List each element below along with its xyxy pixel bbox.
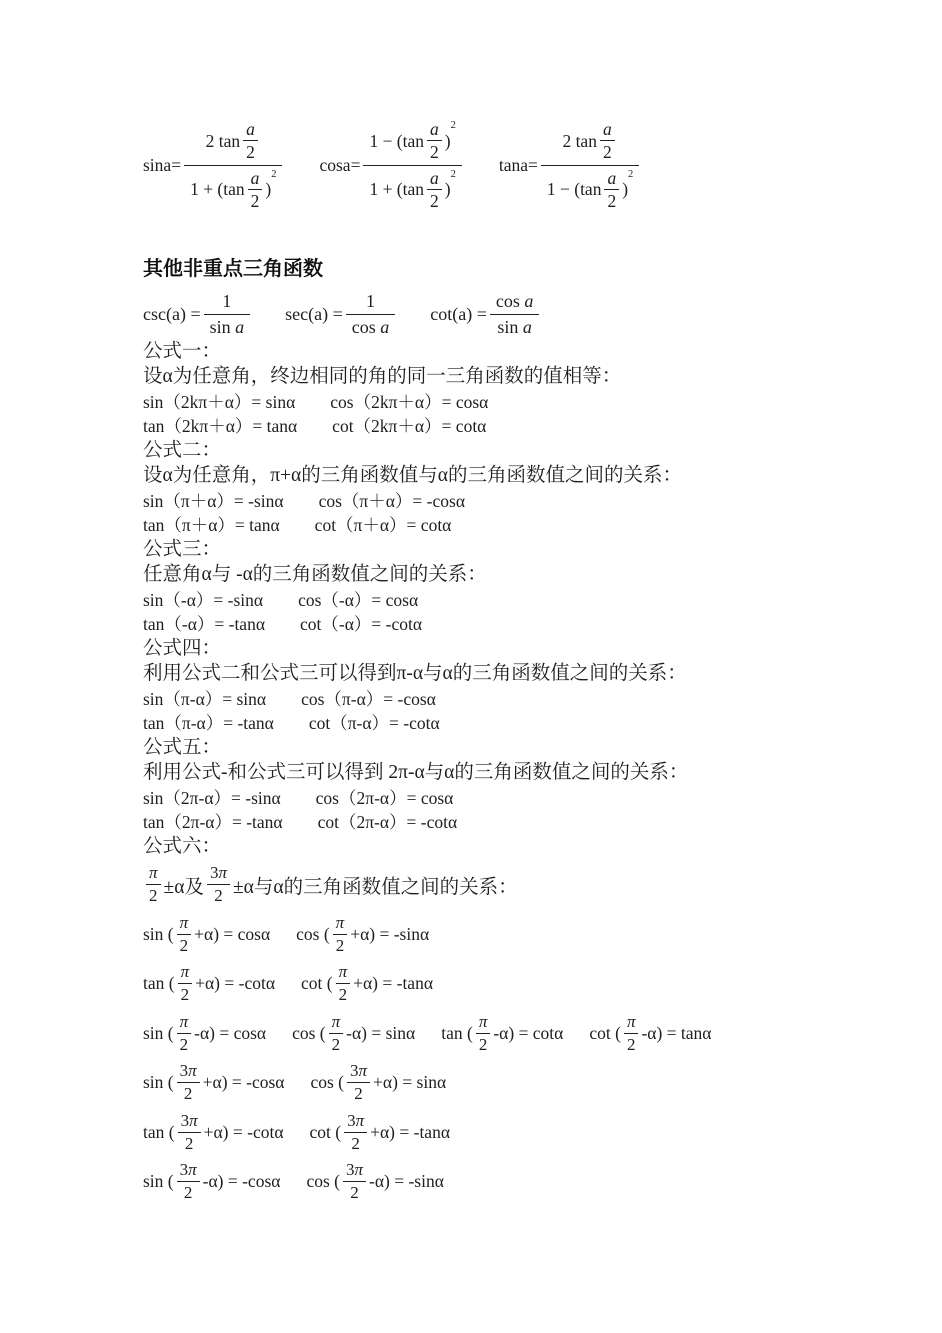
fraction: 1sin a xyxy=(204,290,251,338)
fraction: 3π2 xyxy=(347,1061,370,1103)
italic-variable: π xyxy=(627,1012,636,1032)
italic-variable: π xyxy=(354,1160,363,1180)
math-text: 2 xyxy=(430,191,439,211)
fraction-numerator: 3π xyxy=(177,1061,200,1081)
half-angle-formula-row: sina=2 tana21 + (tana2)2cosa=1 − (tana2)… xyxy=(143,112,863,218)
formula-line: sin (3π2+α) = -cosαcos (3π2+α) = sinα xyxy=(143,1058,863,1108)
italic-variable: π xyxy=(188,1061,197,1081)
italic-variable: π xyxy=(149,863,158,883)
formula-label: csc(a) = xyxy=(143,304,201,325)
fraction-numerator: π xyxy=(177,913,192,933)
fraction-bar xyxy=(207,884,230,885)
math-text: cos xyxy=(352,317,381,338)
fraction-denominator: 2 xyxy=(248,191,263,211)
fraction: π2 xyxy=(177,1012,192,1054)
fraction: 1cos a xyxy=(346,290,396,338)
math-text: 2 xyxy=(430,142,439,162)
math-text: cos ( xyxy=(292,1023,326,1044)
math-text: +α) = -cotα xyxy=(204,1122,284,1143)
fraction-bar xyxy=(177,934,192,935)
fraction-numerator: 3π xyxy=(177,1160,200,1180)
fraction-denominator: 2 xyxy=(476,1035,491,1055)
italic-variable: a xyxy=(430,119,439,139)
fraction: π2 xyxy=(333,913,348,955)
math-text: ) xyxy=(265,179,271,199)
formula-line: tan（2kπ＋α）= tanα cot（2kπ＋α）= cotα xyxy=(143,414,863,439)
math-formula: sina=2 tana21 + (tana2)2 xyxy=(143,118,285,212)
formula-line: sin (π2+α) = cosαcos (π2+α) = -sinα xyxy=(143,909,863,959)
fraction-numerator: 1 xyxy=(216,290,237,313)
fraction-bar xyxy=(178,1132,201,1133)
math-text: cos xyxy=(496,291,525,312)
fraction-denominator: 2 xyxy=(181,1084,196,1104)
italic-variable: π xyxy=(339,962,348,982)
fraction: cos asin a xyxy=(490,290,540,338)
formula-section-desc: 利用公式-和公式三可以得到 2π-α与α的三角函数值之间的关系： xyxy=(143,761,863,786)
fraction: a2 xyxy=(604,168,619,211)
fraction: 2 tana21 − (tana2)2 xyxy=(541,118,639,212)
fraction-bar xyxy=(343,1181,366,1182)
fraction: π2 xyxy=(624,1012,639,1054)
math-text: tan ( xyxy=(441,1023,473,1044)
italic-variable: π xyxy=(180,1012,189,1032)
fraction-numerator: cos a xyxy=(490,290,540,313)
math-text: ) xyxy=(445,179,451,199)
math-text: 2 xyxy=(627,1035,636,1055)
formula-line: sin（π-α）= sinα cos（π-α）= -cosα xyxy=(143,687,863,712)
italic-variable: π xyxy=(336,913,345,933)
formula-section-desc: 利用公式二和公式三可以得到π-α与α的三角函数值之间的关系： xyxy=(143,662,863,687)
italic-variable: a xyxy=(524,291,533,312)
fraction-numerator: π xyxy=(336,962,351,982)
math-text: -α) = cotα xyxy=(493,1023,563,1044)
fraction-denominator: 2 xyxy=(211,886,226,906)
math-text: 2 xyxy=(351,1134,360,1154)
formula-line: sin（π＋α）= -sinα cos（π＋α）= -cosα xyxy=(143,489,863,514)
fraction: π2 xyxy=(146,863,161,905)
formula-label: cosa= xyxy=(319,155,360,176)
formula-section-desc: 设α为任意角，π+α的三角函数值与α的三角函数值之间的关系： xyxy=(143,464,863,489)
fraction-bar xyxy=(427,140,442,141)
math-text: -α) = -sinα xyxy=(369,1171,444,1192)
fraction-numerator: 3π xyxy=(343,1160,366,1180)
fraction: π2 xyxy=(178,962,193,1004)
math-text: 3 xyxy=(346,1160,355,1180)
fraction-numerator: a xyxy=(427,168,442,188)
math-text: sin ( xyxy=(143,1072,174,1093)
fraction-numerator: a xyxy=(604,168,619,188)
math-text: 2 xyxy=(185,1134,194,1154)
fraction-numerator: 3π xyxy=(344,1111,367,1131)
fraction-denominator: sin a xyxy=(204,316,251,339)
fraction-denominator: cos a xyxy=(346,316,396,339)
fraction-denominator: 2 xyxy=(329,1035,344,1055)
formula-label: sec(a) = xyxy=(285,304,343,325)
superscript: 2 xyxy=(451,169,456,181)
italic-variable: a xyxy=(246,119,255,139)
formula-section-title: 公式二： xyxy=(143,439,863,464)
fraction-bar xyxy=(333,934,348,935)
fraction-denominator: 2 xyxy=(600,142,615,162)
fraction-denominator: 2 xyxy=(178,985,193,1005)
fraction-bar xyxy=(177,1181,200,1182)
math-text: 2 xyxy=(336,936,345,956)
math-text: 3 xyxy=(347,1111,356,1131)
fraction-bar xyxy=(624,1033,639,1034)
math-text: +α) = -cosα xyxy=(203,1072,285,1093)
fraction: π2 xyxy=(476,1012,491,1054)
math-text: +α) = -tanα xyxy=(370,1122,450,1143)
math-text: cot ( xyxy=(301,973,333,994)
fraction-denominator: 2 xyxy=(427,142,442,162)
reciprocal-formula-row: csc(a) =1sin asec(a) =1cos acot(a) =cos … xyxy=(143,288,863,340)
formula-line: tan（-α）= -tanα cot（-α）= -cotα xyxy=(143,612,863,637)
fraction-denominator: 2 xyxy=(336,985,351,1005)
math-text: cot ( xyxy=(589,1023,621,1044)
fraction-bar xyxy=(177,1033,192,1034)
fraction-denominator: 2 xyxy=(604,191,619,211)
document-page: sina=2 tana21 + (tana2)2cosa=1 − (tana2)… xyxy=(0,0,942,1333)
fraction-numerator: π xyxy=(476,1012,491,1032)
document-content: sina=2 tana21 + (tana2)2cosa=1 − (tana2)… xyxy=(143,112,863,1206)
superscript: 2 xyxy=(451,120,456,132)
math-text: sin ( xyxy=(143,1023,174,1044)
section-heading: 其他非重点三角函数 xyxy=(143,257,863,282)
math-text: 1 + (tan xyxy=(190,179,245,199)
math-text: 2 xyxy=(184,1183,193,1203)
formula-line: tan (3π2+α) = -cotαcot (3π2+α) = -tanα xyxy=(143,1107,863,1157)
fraction-denominator: 2 xyxy=(182,1134,197,1154)
math-text: 2 xyxy=(251,191,260,211)
math-text: sin ( xyxy=(143,1171,174,1192)
formula-section-desc: 任意角α与 -α的三角函数值之间的关系： xyxy=(143,563,863,588)
math-text: -α) = -cosα xyxy=(203,1171,281,1192)
math-text: ) xyxy=(622,179,628,199)
math-text: 2 xyxy=(214,886,223,906)
superscript: 2 xyxy=(628,169,633,181)
math-text: 3 xyxy=(180,1061,189,1081)
fraction-bar xyxy=(346,314,396,315)
math-text: 3 xyxy=(210,863,219,883)
math-text: 2 tan xyxy=(562,131,597,151)
formula-line: sin（-α）= -sinα cos（-α）= cosα xyxy=(143,588,863,613)
formula-section-title: 公式六： xyxy=(143,835,863,860)
math-text: 2 xyxy=(149,886,158,906)
fraction-numerator: π xyxy=(329,1012,344,1032)
fraction: 3π2 xyxy=(343,1160,366,1202)
fraction: 3π2 xyxy=(177,1061,200,1103)
formula-line: sin (π2-α) = cosαcos (π2-α) = sinαtan (π… xyxy=(143,1008,863,1058)
fraction-numerator: 2 tana2 xyxy=(200,118,267,163)
formula-label: tana= xyxy=(499,155,538,176)
italic-variable: π xyxy=(189,1111,198,1131)
formula-line: sin（2kπ＋α）= sinα cos（2kπ＋α）= cosα xyxy=(143,390,863,415)
fraction-denominator: 2 xyxy=(243,142,258,162)
fraction-bar xyxy=(336,983,351,984)
formula-line: tan（π-α）= -tanα cot（π-α）= -cotα xyxy=(143,711,863,736)
fraction-denominator: 2 xyxy=(347,1183,362,1203)
fraction: π2 xyxy=(336,962,351,1004)
math-text: sin xyxy=(210,317,236,338)
math-text: 3 xyxy=(181,1111,190,1131)
math-text: 2 xyxy=(181,985,190,1005)
math-text: 3 xyxy=(350,1061,359,1081)
fraction-bar xyxy=(177,1082,200,1083)
fraction-numerator: 1 xyxy=(360,290,381,313)
math-formula: cosa=1 − (tana2)21 + (tana2)2 xyxy=(319,118,464,212)
italic-variable: π xyxy=(188,1160,197,1180)
fraction: 3π2 xyxy=(177,1160,200,1202)
italic-variable: a xyxy=(251,168,260,188)
fraction-bar xyxy=(329,1033,344,1034)
fraction-denominator: 2 xyxy=(348,1134,363,1154)
fraction-numerator: 2 tana2 xyxy=(556,118,623,163)
italic-variable: π xyxy=(359,1061,368,1081)
fraction-numerator: 3π xyxy=(347,1061,370,1081)
math-text: ) xyxy=(445,131,451,151)
math-text: sin xyxy=(497,317,523,338)
fraction-numerator: π xyxy=(177,1012,192,1032)
italic-variable: a xyxy=(430,168,439,188)
fraction-bar xyxy=(184,165,282,166)
math-text: ±α及 xyxy=(164,871,204,899)
math-text: 1 + (tan xyxy=(369,179,424,199)
fraction: π2 xyxy=(329,1012,344,1054)
formula-section-title: 公式四： xyxy=(143,637,863,662)
math-text: tan ( xyxy=(143,973,175,994)
formula-label: sina= xyxy=(143,155,181,176)
fraction-denominator: 1 + (tana2)2 xyxy=(363,167,461,212)
math-text: 1 − (tan xyxy=(547,179,602,199)
fraction: π2 xyxy=(177,913,192,955)
math-text: 1 xyxy=(366,291,375,312)
math-text: tan ( xyxy=(143,1122,175,1143)
formula-six-section: 公式六：π2±α及3π2±α与α的三角函数值之间的关系：sin (π2+α) =… xyxy=(143,835,863,1206)
italic-variable: π xyxy=(479,1012,488,1032)
formula-section-title: 公式五： xyxy=(143,736,863,761)
fraction-numerator: π xyxy=(146,863,161,883)
fraction-numerator: a xyxy=(248,168,263,188)
fraction: a2 xyxy=(600,119,615,162)
math-text: cot ( xyxy=(310,1122,342,1143)
math-formula: sec(a) =1cos a xyxy=(285,290,398,338)
math-text: -α) = tanα xyxy=(641,1023,711,1044)
italic-variable: a xyxy=(607,168,616,188)
italic-variable: π xyxy=(218,863,227,883)
italic-variable: π xyxy=(180,913,189,933)
math-text: 2 xyxy=(180,936,189,956)
fraction-numerator: π xyxy=(624,1012,639,1032)
math-text: +α) = -tanα xyxy=(353,973,433,994)
math-text: 2 xyxy=(354,1084,363,1104)
math-text: +α) = sinα xyxy=(373,1072,446,1093)
italic-variable: a xyxy=(235,317,244,338)
math-text: cos ( xyxy=(306,1171,340,1192)
math-text: +α) = cosα xyxy=(194,924,270,945)
formula-line: tan (π2+α) = -cotαcot (π2+α) = -tanα xyxy=(143,959,863,1009)
fraction: a2 xyxy=(248,168,263,211)
fraction: 2 tana21 + (tana2)2 xyxy=(184,118,282,212)
math-text: 2 xyxy=(246,142,255,162)
formula-section-title: 公式三： xyxy=(143,538,863,563)
italic-variable: a xyxy=(603,119,612,139)
fraction-bar xyxy=(427,189,442,190)
math-text: 2 xyxy=(180,1035,189,1055)
math-text: +α) = -sinα xyxy=(350,924,429,945)
math-text: 2 xyxy=(332,1035,341,1055)
math-text: 1 xyxy=(222,291,231,312)
italic-variable: π xyxy=(356,1111,365,1131)
formula-section-desc: π2±α及3π2±α与α的三角函数值之间的关系： xyxy=(143,860,863,910)
fraction-bar xyxy=(476,1033,491,1034)
fraction-bar xyxy=(363,165,461,166)
fraction-denominator: 1 − (tana2)2 xyxy=(541,167,639,212)
math-text: 2 xyxy=(339,985,348,1005)
math-text: 2 xyxy=(607,191,616,211)
formula-line: sin（2π-α）= -sinα cos（2π-α）= cosα xyxy=(143,786,863,811)
math-formula: tana=2 tana21 − (tana2)2 xyxy=(499,118,642,212)
fraction-denominator: 2 xyxy=(624,1035,639,1055)
fraction-denominator: 2 xyxy=(177,936,192,956)
math-text: 2 tan xyxy=(206,131,241,151)
fraction-bar xyxy=(178,983,193,984)
italic-variable: π xyxy=(332,1012,341,1032)
fraction: 3π2 xyxy=(344,1111,367,1153)
fraction-denominator: 2 xyxy=(181,1183,196,1203)
fraction-bar xyxy=(490,314,540,315)
fraction-numerator: 3π xyxy=(178,1111,201,1131)
fraction-denominator: 2 xyxy=(351,1084,366,1104)
fraction-numerator: 1 − (tana2)2 xyxy=(363,118,461,163)
fraction: 3π2 xyxy=(178,1111,201,1153)
fraction-denominator: 2 xyxy=(333,936,348,956)
fraction-denominator: 2 xyxy=(427,191,442,211)
fraction-numerator: π xyxy=(333,913,348,933)
fraction-bar xyxy=(204,314,251,315)
fraction-bar xyxy=(600,140,615,141)
fraction-numerator: π xyxy=(178,962,193,982)
fraction: a2 xyxy=(427,119,442,162)
fraction: a2 xyxy=(427,168,442,211)
formula-label: cot(a) = xyxy=(430,304,487,325)
formula-section-desc: 设α为任意角，终边相同的角的同一三角函数的值相等： xyxy=(143,365,863,390)
superscript: 2 xyxy=(271,169,276,181)
fraction-bar xyxy=(146,884,161,885)
math-text: -α) = sinα xyxy=(346,1023,415,1044)
math-text: 3 xyxy=(180,1160,189,1180)
fraction-denominator: sin a xyxy=(491,316,538,339)
formula-section-title: 公式一： xyxy=(143,340,863,365)
math-text: cos ( xyxy=(296,924,330,945)
math-text: -α) = cosα xyxy=(194,1023,266,1044)
fraction-bar xyxy=(604,189,619,190)
math-text: +α) = -cotα xyxy=(195,973,275,994)
math-text: 2 xyxy=(603,142,612,162)
math-text: 2 xyxy=(184,1084,193,1104)
fraction-bar xyxy=(243,140,258,141)
fraction-numerator: a xyxy=(243,119,258,139)
formula-sections: 公式一：设α为任意角，终边相同的角的同一三角函数的值相等：sin（2kπ＋α）=… xyxy=(143,340,863,835)
math-formula: cot(a) =cos asin a xyxy=(430,290,542,338)
formula-line: tan（2π-α）= -tanα cot（2π-α）= -cotα xyxy=(143,810,863,835)
formula-line: tan（π＋α）= tanα cot（π＋α）= cotα xyxy=(143,513,863,538)
fraction-numerator: 3π xyxy=(207,863,230,883)
fraction: 1 − (tana2)21 + (tana2)2 xyxy=(363,118,461,212)
fraction-numerator: a xyxy=(427,119,442,139)
fraction-numerator: a xyxy=(600,119,615,139)
fraction-denominator: 2 xyxy=(146,886,161,906)
math-text: sin ( xyxy=(143,924,174,945)
math-text: 2 xyxy=(350,1183,359,1203)
math-text: 1 − (tan xyxy=(369,131,424,151)
fraction-bar xyxy=(541,165,639,166)
fraction: 3π2 xyxy=(207,863,230,905)
fraction-bar xyxy=(344,1132,367,1133)
italic-variable: a xyxy=(523,317,532,338)
fraction-denominator: 2 xyxy=(177,1035,192,1055)
math-formula: csc(a) =1sin a xyxy=(143,290,253,338)
italic-variable: π xyxy=(181,962,190,982)
fraction-bar xyxy=(248,189,263,190)
italic-variable: a xyxy=(380,317,389,338)
math-text: 2 xyxy=(479,1035,488,1055)
fraction-bar xyxy=(347,1082,370,1083)
math-text: cos ( xyxy=(310,1072,344,1093)
formula-line: sin (3π2-α) = -cosαcos (3π2-α) = -sinα xyxy=(143,1157,863,1207)
fraction: a2 xyxy=(243,119,258,162)
math-text: ±α与α的三角函数值之间的关系： xyxy=(233,871,518,899)
fraction-denominator: 1 + (tana2)2 xyxy=(184,167,282,212)
